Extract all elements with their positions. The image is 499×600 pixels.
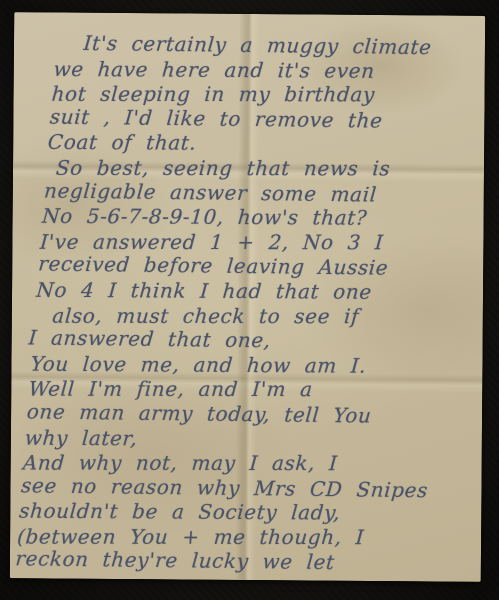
letter-line: hot sleeping in my birthday bbox=[47, 82, 490, 107]
letter-line: we have here and it's even bbox=[49, 56, 492, 83]
letter-line: reckon they're lucky we let bbox=[10, 547, 453, 577]
letter-page: It's certainly a muggy climatewe have he… bbox=[10, 12, 485, 582]
letter-line: No 5-6-7-8-9-10, how's that? bbox=[37, 204, 480, 231]
letter-line: (between You + me though, I bbox=[12, 524, 455, 549]
letter-line: one man army today, tell You bbox=[22, 399, 465, 429]
letter-line: Coat of that. bbox=[43, 130, 486, 157]
letter-line: You love me, and how am I. bbox=[26, 351, 469, 378]
letter-line: So best, seeing that news is bbox=[41, 156, 484, 181]
letter-body: It's certainly a muggy climatewe have he… bbox=[0, 12, 499, 581]
letter-line: also, must check to see if bbox=[30, 303, 473, 328]
letter-line: It's certainly a muggy climate bbox=[51, 30, 494, 60]
letter-line: No 4 I think I had that one bbox=[31, 278, 474, 305]
letter-line: Well I'm fine, and I'm a bbox=[24, 377, 467, 402]
letter-line: shouldn't be a Society lady, bbox=[14, 499, 457, 526]
letter-line: And why not, may I ask, I bbox=[18, 451, 461, 476]
letter-line: I answered that one, bbox=[28, 325, 471, 355]
letter-line: why later, bbox=[20, 425, 463, 452]
letter-line: I've answered 1 + 2, No 3 I bbox=[35, 229, 478, 254]
photo-background: It's certainly a muggy climatewe have he… bbox=[0, 0, 499, 600]
